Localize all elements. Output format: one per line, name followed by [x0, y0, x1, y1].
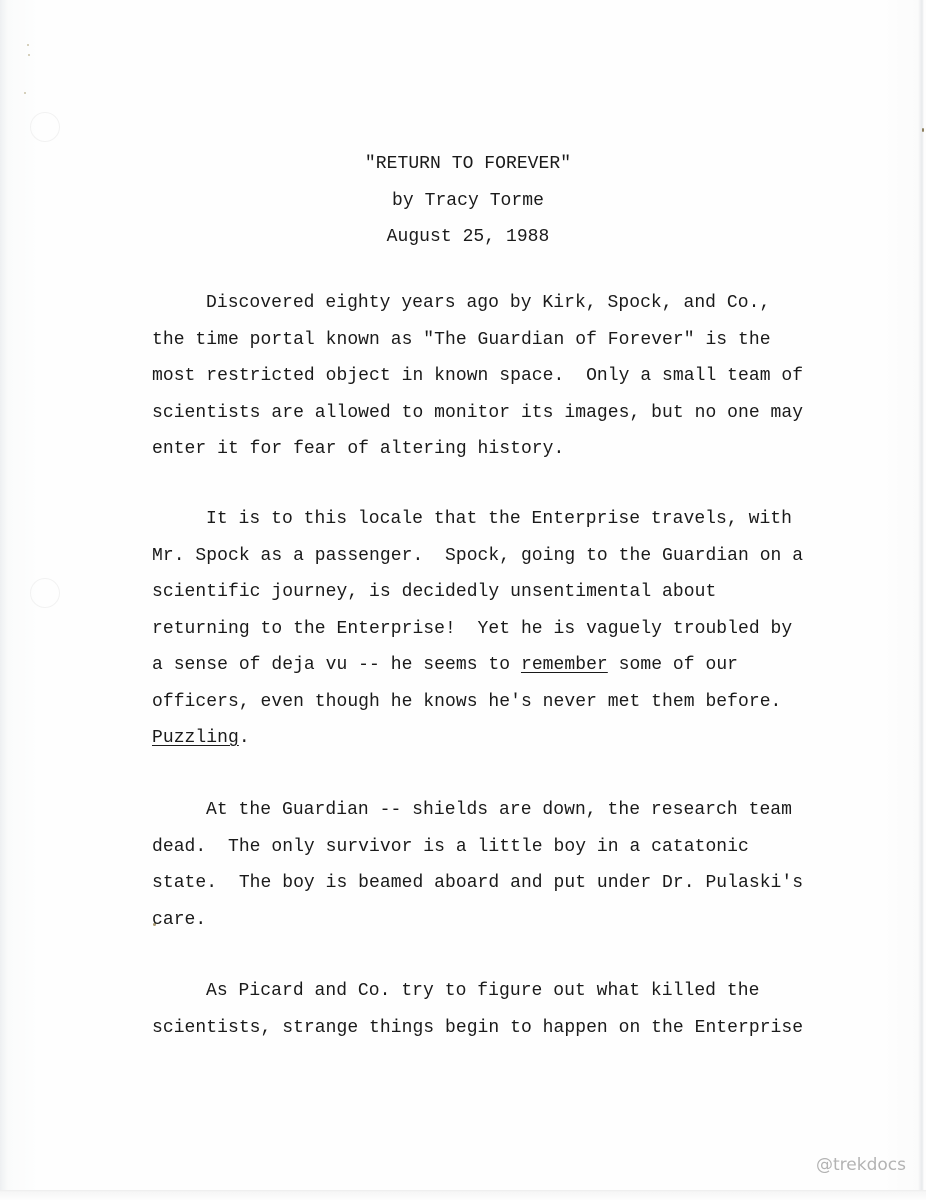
page-bottom-edge — [0, 1190, 926, 1200]
text-line: officers, even though he knows he's neve… — [152, 684, 832, 721]
text-line: returning to the Enterprise! Yet he is v… — [152, 611, 832, 648]
punch-hole-mark — [30, 112, 60, 142]
paper-speck — [24, 92, 26, 94]
text-line: It is to this locale that the Enterprise… — [152, 501, 832, 538]
punch-hole-mark — [30, 578, 60, 608]
paragraph: At the Guardian -- shields are down, the… — [152, 792, 832, 938]
underlined-word: Puzzling — [152, 728, 239, 748]
document-byline: by Tracy Torme — [152, 183, 784, 220]
text-line: enter it for fear of altering history. — [152, 431, 832, 468]
text-line: care. — [152, 902, 832, 939]
watermark: @trekdocs — [816, 1155, 906, 1175]
text-line: At the Guardian -- shields are down, the… — [152, 792, 832, 829]
title-block: "RETURN TO FOREVER" by Tracy Torme Augus… — [152, 146, 784, 256]
paper-speck — [922, 128, 924, 132]
paragraph: It is to this locale that the Enterprise… — [152, 501, 832, 757]
text-line: Discovered eighty years ago by Kirk, Spo… — [152, 285, 832, 322]
scanned-page: "RETURN TO FOREVER" by Tracy Torme Augus… — [0, 0, 926, 1200]
text-line: scientists, strange things begin to happ… — [152, 1010, 832, 1047]
paragraph: Discovered eighty years ago by Kirk, Spo… — [152, 285, 832, 468]
document-date: August 25, 1988 — [152, 219, 784, 256]
paragraph: As Picard and Co. try to figure out what… — [152, 973, 832, 1046]
text-line: dead. The only survivor is a little boy … — [152, 829, 832, 866]
text-line: state. The boy is beamed aboard and put … — [152, 865, 832, 902]
text-line: a sense of deja vu -- he seems to rememb… — [152, 647, 832, 684]
text-line: scientific journey, is decidedly unsenti… — [152, 574, 832, 611]
text-line: Puzzling. — [152, 720, 832, 757]
paper-speck — [28, 54, 30, 56]
text-line: scientists are allowed to monitor its im… — [152, 395, 832, 432]
text-line: most restricted object in known space. O… — [152, 358, 832, 395]
text-line: the time portal known as "The Guardian o… — [152, 322, 832, 359]
paper-speck — [27, 44, 29, 46]
text-line: Mr. Spock as a passenger. Spock, going t… — [152, 538, 832, 575]
underlined-word: remember — [521, 655, 608, 675]
document-title: "RETURN TO FOREVER" — [152, 146, 784, 183]
text-line: As Picard and Co. try to figure out what… — [152, 973, 832, 1010]
